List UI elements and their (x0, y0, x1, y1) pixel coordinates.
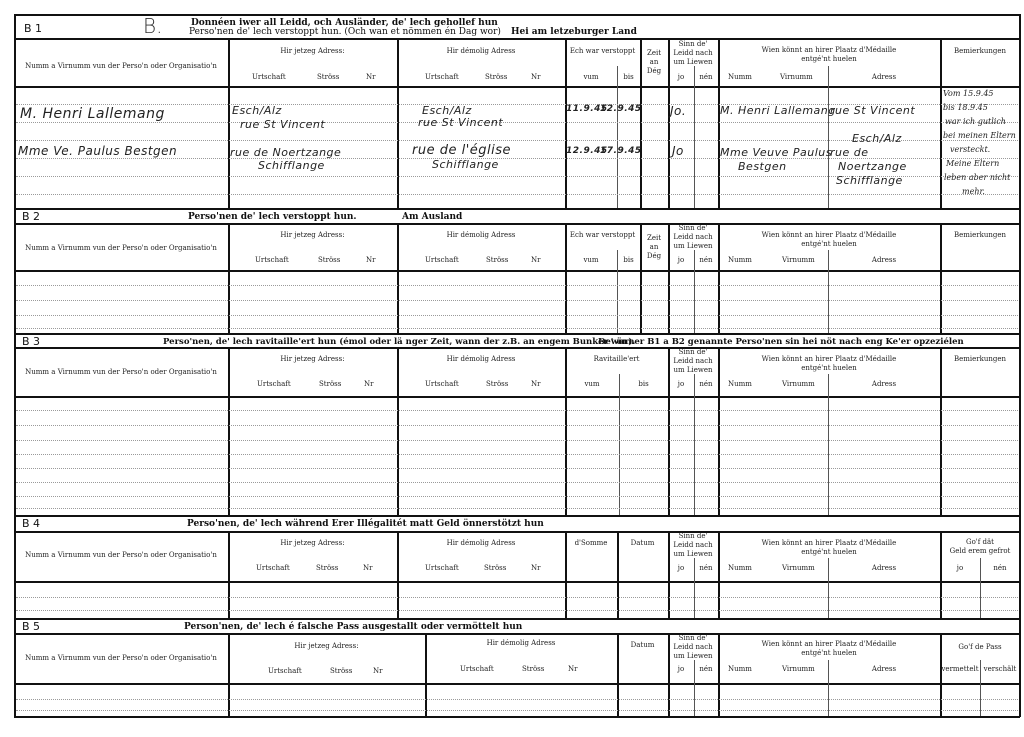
header-nr: Nr (531, 380, 540, 389)
col-divider (228, 633, 230, 717)
header-name: Numm a Virnumm vun der Perso'n oder Orga… (14, 368, 228, 377)
header-nr: Nr (366, 73, 375, 82)
header-alive: Sinn de' Leidd nach um Liewen (668, 224, 718, 251)
ruled-line (16, 610, 1018, 611)
header-no: nén (694, 256, 718, 265)
header-former-address: Hir démolig Adress (425, 639, 617, 648)
col-divider (980, 660, 981, 717)
header-medal: Wien könnt an hirer Plaatz d'Médaille en… (718, 640, 940, 658)
ruled-line (16, 285, 1018, 286)
section-divider (14, 333, 1020, 335)
section-title-right: Hei am letzeburger Land (511, 27, 637, 37)
col-divider (694, 374, 695, 515)
col-divider (718, 38, 720, 208)
frame-left (14, 14, 16, 717)
section-id: B 1 (24, 22, 42, 35)
header-address: Adress (828, 73, 940, 82)
header-alive-l1: Sinn de' (679, 348, 708, 356)
header-remarks: Bemierkungen (940, 231, 1020, 240)
header-current-address: Hir jetzeg Adress: (228, 642, 425, 651)
header-locality: Urtschaft (256, 564, 290, 573)
col-divider (718, 223, 720, 333)
col-divider (565, 38, 567, 208)
col-divider (694, 558, 695, 618)
remark-line: war ich gutlich (945, 117, 1006, 126)
remark-line: bis 18.9.45 (943, 103, 988, 112)
header-street: Ströss (317, 73, 339, 82)
header-address: Adress (828, 256, 940, 265)
section-title: Perso'nen de' lech verstoppt hun. (188, 212, 357, 222)
header-alive-l1: Sinn de' (679, 532, 708, 540)
header-surname: Numm (728, 665, 752, 674)
col-divider (828, 660, 829, 717)
header-days-l2: an (650, 243, 659, 251)
header-alive-l3: um Liewen (673, 242, 712, 250)
col-divider (617, 66, 618, 208)
header-from: vum (565, 380, 619, 389)
header-supplied: Ravitaille'ert (565, 355, 668, 364)
header-days-l3: Dég (647, 252, 661, 260)
col-divider (694, 250, 695, 333)
header-pass: Go'f de Pass (940, 643, 1020, 652)
header-locality: Urtschaft (425, 256, 459, 265)
header-yes: jo (940, 564, 980, 573)
divider (14, 270, 1020, 272)
header-no: nén (980, 564, 1020, 573)
header-locality: Urtschaft (252, 73, 286, 82)
col-divider (397, 38, 399, 208)
header-to: bis (617, 73, 640, 82)
header-street: Ströss (522, 665, 544, 674)
col-divider (617, 633, 619, 717)
col-divider (694, 660, 695, 717)
header-firstname: Virnumm (782, 564, 815, 573)
header-locality: Urtschaft (268, 667, 302, 676)
header-name: Numm a Virnumm vun der Perso'n oder Orga… (14, 654, 228, 663)
entry-current-street: rue de Noertzange (230, 146, 341, 159)
col-divider (617, 250, 618, 333)
col-divider (425, 633, 427, 717)
header-no: nén (694, 73, 718, 82)
col-divider (828, 250, 829, 333)
col-divider (565, 531, 567, 618)
form-letter: B. (143, 14, 162, 38)
header-days-l3: Dég (647, 67, 661, 75)
header-mediated: vermettelt (938, 665, 982, 674)
header-medal-l2: entgé'nt huelen (801, 364, 857, 372)
header-no: nén (694, 665, 718, 674)
col-divider (668, 531, 670, 618)
ruled-line (16, 699, 1018, 700)
entry-name: M. Henri Lallemang (20, 106, 165, 122)
header-from: vum (565, 73, 617, 82)
frame-right (1019, 14, 1021, 717)
header-yes: jo (668, 73, 694, 82)
header-yes: jo (668, 380, 694, 389)
header-money-l2: Geld erem gefrot (950, 547, 1011, 555)
col-divider (397, 223, 399, 333)
col-divider (397, 347, 399, 515)
header-yes: jo (668, 256, 694, 265)
header-yes: jo (668, 665, 694, 674)
header-from: vum (565, 256, 617, 265)
entry-current-locality: Schifflange (258, 159, 325, 172)
ruled-line (16, 482, 1018, 483)
header-nr: Nr (531, 73, 540, 82)
header-street: Ströss (330, 667, 352, 676)
header-nr: Nr (373, 667, 382, 676)
section-title: Perso'nen, de' lech während Erer Illégal… (187, 519, 544, 529)
header-days-l2: an (650, 58, 659, 66)
header-medal: Wien könnt an hirer Plaatz d'Médaille en… (718, 355, 940, 373)
header-firstname: Virnumm (782, 665, 815, 674)
header-days-l1: Zeit (647, 49, 661, 57)
header-nr: Nr (531, 564, 540, 573)
col-divider (565, 223, 567, 333)
col-divider (718, 347, 720, 515)
entry-medal-address: rue de (830, 146, 869, 159)
entry-medal-name: Bestgen (738, 160, 787, 173)
section-id: B 2 (22, 210, 40, 223)
remark-line: Vom 15.9.45 (943, 89, 994, 98)
header-alive-l1: Sinn de' (679, 224, 708, 232)
col-divider (565, 347, 567, 515)
divider (14, 86, 1020, 88)
col-divider (828, 558, 829, 618)
entry-medal-address: rue St Vincent (830, 104, 915, 117)
header-surname: Numm (728, 73, 752, 82)
header-days: Zeit an Dég (640, 234, 668, 261)
header-name: Numm a Virnumm vun der Perso'n oder Orga… (14, 551, 228, 560)
header-nr: Nr (364, 380, 373, 389)
header-alive: Sinn de' Leidd nach um Liewen (668, 40, 718, 67)
ruled-line (16, 710, 1018, 711)
header-firstname: Virnumm (782, 380, 815, 389)
entry-current-locality: Esch/Alz (232, 104, 282, 117)
section-title-right: Am Ausland (402, 212, 462, 222)
header-locality: Urtschaft (460, 665, 494, 674)
header-alive: Sinn de' Leidd nach um Liewen (668, 348, 718, 375)
ruled-line (16, 300, 1018, 301)
header-alive-l3: um Liewen (673, 366, 712, 374)
section-title-line2: Perso'nen de' lech verstoppt hun. (Och w… (189, 27, 501, 37)
header-remarks: Bemierkungen (940, 355, 1020, 364)
entry-former-street: rue de l'église (412, 143, 511, 158)
header-days-l1: Zeit (647, 234, 661, 242)
section-divider (14, 515, 1020, 517)
header-medal-l2: entgé'nt huelen (801, 240, 857, 248)
header-alive-l2: Leidd nach (673, 541, 712, 549)
header-money-asked: Go'f dät Geld erem gefrot (940, 538, 1020, 556)
divider (14, 531, 1020, 533)
header-medal-l2: entgé'nt huelen (801, 649, 857, 657)
entry-medal-name: M. Henri Lallemang (720, 104, 836, 117)
col-divider (640, 223, 642, 333)
header-medal: Wien könnt an hirer Plaatz d'Médaille en… (718, 539, 940, 557)
header-date: Datum (617, 641, 668, 650)
header-current-address: Hir jetzeg Adress: (228, 355, 397, 364)
header-street: Ströss (486, 380, 508, 389)
col-divider (228, 347, 230, 515)
header-alive-l2: Leidd nach (673, 643, 712, 651)
header-current-address: Hir jetzeg Adress: (228, 231, 397, 240)
header-locality: Urtschaft (425, 380, 459, 389)
header-alive: Sinn de' Leidd nach um Liewen (668, 634, 718, 661)
header-medal-l1: Wien könnt an hirer Plaatz d'Médaille (762, 355, 897, 363)
section-title: Person'nen, de' lech é falsche Pass ausg… (184, 622, 522, 632)
col-divider (940, 223, 942, 333)
header-street: Ströss (319, 380, 341, 389)
ruled-line (16, 468, 1018, 469)
remark-line: leben aber nicht (944, 173, 1010, 182)
header-medal-l1: Wien könnt an hirer Plaatz d'Médaille (762, 539, 897, 547)
header-hidden: Ech war verstoppt (565, 47, 640, 56)
col-divider (617, 531, 619, 618)
header-medal-l1: Wien könnt an hirer Plaatz d'Médaille (762, 640, 897, 648)
section-divider (14, 208, 1020, 210)
header-to: bis (619, 380, 668, 389)
ruled-line (16, 440, 1018, 441)
header-alive-l1: Sinn de' (679, 40, 708, 48)
ruled-line (16, 597, 1018, 598)
ruled-line (16, 496, 1018, 497)
col-divider (397, 531, 399, 618)
header-medal: Wien könnt an hirer Plaatz d'Médaille en… (718, 46, 940, 64)
header-alive-l2: Leidd nach (673, 49, 712, 57)
header-name: Numm a Virnumm vun der Perso'n oder Orga… (14, 62, 228, 71)
header-firstname: Virnumm (780, 73, 813, 82)
col-divider (828, 66, 829, 208)
header-medal: Wien könnt an hirer Plaatz d'Médaille en… (718, 231, 940, 249)
header-date: Datum (617, 539, 668, 548)
header-alive: Sinn de' Leidd nach um Liewen (668, 532, 718, 559)
entry-alive: Jo. (670, 104, 686, 118)
col-divider (228, 223, 230, 333)
section-title-right: De' önner B1 a B2 genannte Perso'nen sin… (598, 337, 964, 347)
header-street: Ströss (486, 256, 508, 265)
entry-to: 17.9.45 (600, 146, 642, 156)
col-divider (828, 374, 829, 515)
header-to: bis (617, 256, 640, 265)
header-issued: verschält (980, 665, 1020, 674)
col-divider (228, 531, 230, 618)
header-medal-l1: Wien könnt an hirer Plaatz d'Médaille (762, 231, 897, 239)
ruled-line (16, 122, 1018, 123)
divider (14, 38, 1020, 40)
col-divider (668, 223, 670, 333)
ruled-line (16, 454, 1018, 455)
entry-medal-address: Schifflange (836, 174, 903, 187)
remark-line: bei meinen Eltern (943, 131, 1016, 140)
col-divider (228, 38, 230, 208)
header-alive-l3: um Liewen (673, 58, 712, 66)
col-divider (694, 66, 695, 208)
header-locality: Urtschaft (425, 564, 459, 573)
header-hidden: Ech war verstoppt (565, 231, 640, 240)
header-nr: Nr (366, 256, 375, 265)
header-locality: Urtschaft (425, 73, 459, 82)
ruled-line (16, 194, 1018, 195)
col-divider (668, 347, 670, 515)
header-sum: d'Somme (565, 539, 617, 548)
header-current-address: Hir jetzeg Adress: (228, 539, 397, 548)
header-former-address: Hir démolig Adress (397, 539, 565, 548)
ruled-line (16, 410, 1018, 411)
header-days: Zeit an Dég (640, 49, 668, 76)
ruled-line (16, 315, 1018, 316)
header-street: Ströss (318, 256, 340, 265)
header-remarks: Bemierkungen (940, 47, 1020, 56)
header-nr: Nr (568, 665, 577, 674)
col-divider (718, 531, 720, 618)
header-street: Ströss (484, 564, 506, 573)
col-divider (718, 633, 720, 717)
frame-top (14, 14, 1020, 16)
header-locality: Urtschaft (257, 380, 291, 389)
section-divider (14, 618, 1020, 620)
section-title: Perso'nen, de' lech ravitaille'ert hun (… (163, 337, 635, 347)
divider (14, 633, 1020, 635)
entry-medal-address: Esch/Alz (852, 132, 902, 145)
remark-line: mehr. (962, 187, 985, 196)
entry-to: 12.9.45 (600, 104, 642, 114)
header-no: nén (694, 564, 718, 573)
divider (14, 347, 1020, 349)
header-locality: Urtschaft (255, 256, 289, 265)
col-divider (668, 633, 670, 717)
header-alive-l3: um Liewen (673, 652, 712, 660)
header-street: Ströss (316, 564, 338, 573)
header-surname: Numm (728, 380, 752, 389)
col-divider (668, 38, 670, 208)
header-medal-l2: entgé'nt huelen (801, 548, 857, 556)
header-alive-l3: um Liewen (673, 550, 712, 558)
header-no: nén (694, 380, 718, 389)
header-medal-l1: Wien könnt an hirer Plaatz d'Médaille (762, 46, 897, 54)
col-divider (980, 558, 981, 618)
ruled-line (16, 508, 1018, 509)
header-yes: jo (668, 564, 694, 573)
entry-medal-name: Mme Veuve Paulus (720, 146, 832, 159)
entry-former-locality: Schifflange (432, 158, 499, 171)
frame-bottom (14, 716, 1020, 718)
header-former-address: Hir démolig Adress (397, 231, 565, 240)
divider (14, 581, 1020, 583)
header-former-address: Hir démolig Adress (397, 47, 565, 56)
divider (14, 683, 1020, 685)
header-name: Numm a Virnumm vun der Perso'n oder Orga… (14, 244, 228, 253)
header-alive-l2: Leidd nach (673, 233, 712, 241)
col-divider (940, 531, 942, 618)
header-money-l1: Go'f dät (966, 538, 994, 546)
header-medal-l2: entgé'nt huelen (801, 55, 857, 63)
header-surname: Numm (728, 564, 752, 573)
header-surname: Numm (728, 256, 752, 265)
header-nr: Nr (363, 564, 372, 573)
header-address: Adress (828, 665, 940, 674)
col-divider (940, 38, 942, 208)
col-divider (619, 374, 620, 515)
ruled-line (16, 328, 1018, 329)
header-street: Ströss (485, 73, 507, 82)
section-id: B 5 (22, 620, 40, 633)
remark-line: Meine Eltern (946, 159, 999, 168)
entry-former-street: rue St Vincent (418, 116, 503, 129)
header-current-address: Hir jetzeg Adress: (228, 47, 397, 56)
section-id: B 4 (22, 517, 40, 530)
entry-alive: Jo (672, 144, 684, 158)
header-address: Adress (828, 564, 940, 573)
entry-name: Mme Ve. Paulus Bestgen (18, 144, 177, 158)
entry-medal-address: Noertzange (838, 160, 907, 173)
entry-current-street: rue St Vincent (240, 118, 325, 131)
header-alive-l1: Sinn de' (679, 634, 708, 642)
header-firstname: Virnumm (782, 256, 815, 265)
header-nr: Nr (531, 256, 540, 265)
header-alive-l2: Leidd nach (673, 357, 712, 365)
header-address: Adress (828, 380, 940, 389)
remark-line: versteckt. (950, 145, 990, 154)
divider (14, 223, 1020, 225)
header-former-address: Hir démolig Adress (397, 355, 565, 364)
col-divider (940, 347, 942, 515)
col-divider (940, 633, 942, 717)
col-divider (640, 38, 642, 208)
divider (14, 396, 1020, 398)
ruled-line (16, 425, 1018, 426)
